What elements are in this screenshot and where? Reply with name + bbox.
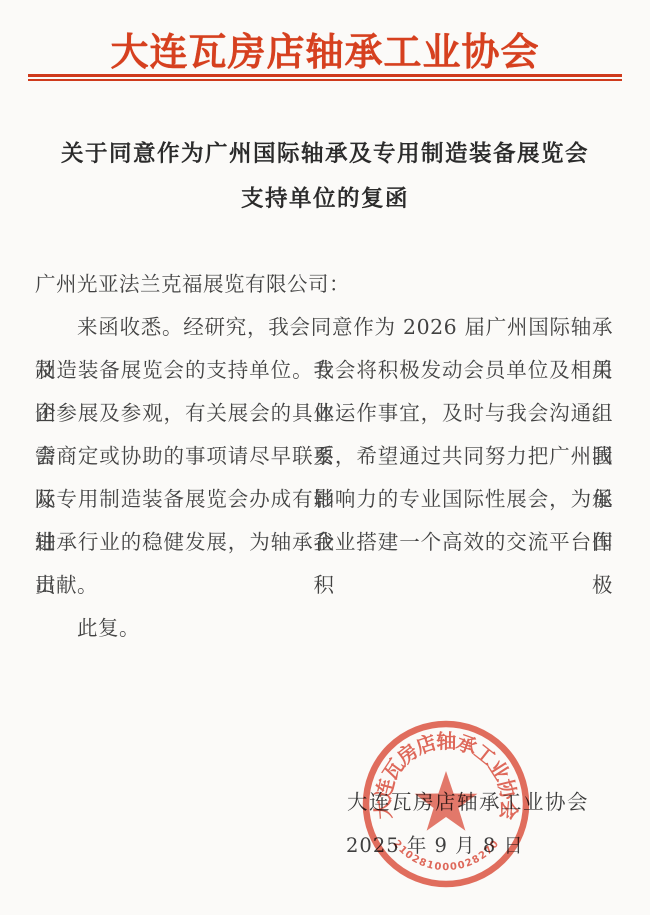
body-line: 团参展及参观，有关展会的具体运作事宜，及时与我会沟通。需要我	[35, 392, 613, 435]
letter-page: 大连瓦房店轴承工业协会 关于同意作为广州国际轴承及专用制造装备展览会 支持单位的…	[0, 0, 650, 915]
document-title-line2: 支持单位的复函	[0, 184, 650, 214]
signature-date: 2025 年 9 月 8 日	[346, 830, 524, 858]
body-line: 制造装备展览会的支持单位。我会将积极发动会员单位及相关企业组	[35, 349, 613, 392]
document-title-line1: 关于同意作为广州国际轴承及专用制造装备展览会	[0, 139, 650, 169]
letterhead-org-name: 大连瓦房店轴承工业协会	[0, 28, 650, 76]
closing-line: 此复。	[35, 607, 613, 650]
signature-org-name: 大连瓦房店轴承工业协会	[347, 785, 589, 815]
body-line: 会商定或协助的事项请尽早联系，希望通过共同努力把广州国际轴承	[35, 435, 613, 478]
body-line: 来函收悉。经研究，我会同意作为 2026 届广州国际轴承及专用	[35, 306, 613, 349]
salutation-line: 广州光亚法兰克福展览有限公司：	[35, 263, 613, 306]
body-line: 轴承行业的稳健发展，为轴承企业搭建一个高效的交流平台作出积极	[35, 521, 613, 564]
letterhead-divider	[28, 74, 622, 81]
letter-body: 广州光亚法兰克福展览有限公司： 来函收悉。经研究，我会同意作为 2026 届广州…	[35, 263, 613, 650]
body-line: 及专用制造装备展览会办成有影响力的专业国际性展会，为促进我国	[35, 478, 613, 521]
